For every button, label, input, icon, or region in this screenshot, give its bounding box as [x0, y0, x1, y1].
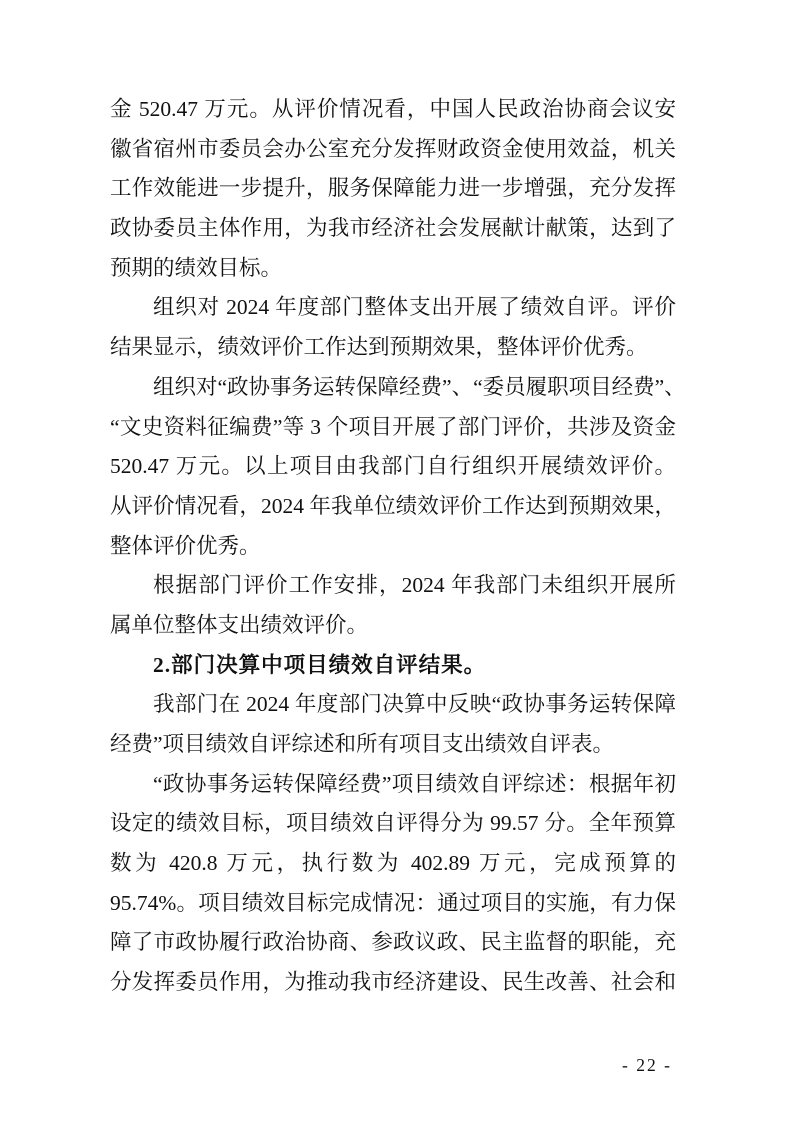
text-line: 根据部门评价工作安排，2024 年我部门未组织开展所 — [110, 566, 676, 606]
text-line: 组织对“政协事务运转保障经费”、“委员履职项目经费”、 — [110, 368, 676, 408]
text-line: 从评价情况看，2024 年我单位绩效评价工作达到预期效果， — [110, 487, 676, 527]
text-line: 分发挥委员作用，为推动我市经济建设、民生改善、社会和 — [110, 963, 676, 1003]
text-line: 预期的绩效目标。 — [110, 249, 676, 289]
section-heading: 2.部门决算中项目绩效自评结果。 — [110, 646, 676, 686]
text-line: 结果显示，绩效评价工作达到预期效果，整体评价优秀。 — [110, 328, 676, 368]
text-line: “文史资料征编费”等 3 个项目开展了部门评价，共涉及资金 — [110, 408, 676, 448]
text-line: 徽省宿州市委员会办公室充分发挥财政资金使用效益，机关 — [110, 130, 676, 170]
text-line: 工作效能进一步提升，服务保障能力进一步增强，充分发挥 — [110, 169, 676, 209]
text-line: 设定的绩效目标，项目绩效自评得分为 99.57 分。全年预算 — [110, 804, 676, 844]
text-line: 95.74%。项目绩效目标完成情况：通过项目的实施，有力保 — [110, 884, 676, 924]
page-number: - 22 - — [612, 1055, 682, 1076]
text-line: 整体评价优秀。 — [110, 527, 676, 567]
text-line: 属单位整体支出绩效评价。 — [110, 606, 676, 646]
text-line: 我部门在 2024 年度部门决算中反映“政协事务运转保障 — [110, 685, 676, 725]
document-page: 金 520.47 万元。从评价情况看，中国人民政治协商会议安徽省宿州市委员会办公… — [0, 0, 793, 1122]
text-block: 金 520.47 万元。从评价情况看，中国人民政治协商会议安徽省宿州市委员会办公… — [110, 90, 676, 1003]
text-line: 组织对 2024 年度部门整体支出开展了绩效自评。评价 — [110, 288, 676, 328]
text-line: 金 520.47 万元。从评价情况看，中国人民政治协商会议安 — [110, 90, 676, 130]
text-line: 520.47 万元。以上项目由我部门自行组织开展绩效评价。 — [110, 447, 676, 487]
text-line: “政协事务运转保障经费”项目绩效自评综述：根据年初 — [110, 765, 676, 805]
text-line: 数为 420.8 万元，执行数为 402.89 万元，完成预算的 — [110, 844, 676, 884]
text-line: 障了市政协履行政治协商、参政议政、民主监督的职能，充 — [110, 923, 676, 963]
text-line: 经费”项目绩效自评综述和所有项目支出绩效自评表。 — [110, 725, 676, 765]
text-line: 政协委员主体作用，为我市经济社会发展献计献策，达到了 — [110, 209, 676, 249]
